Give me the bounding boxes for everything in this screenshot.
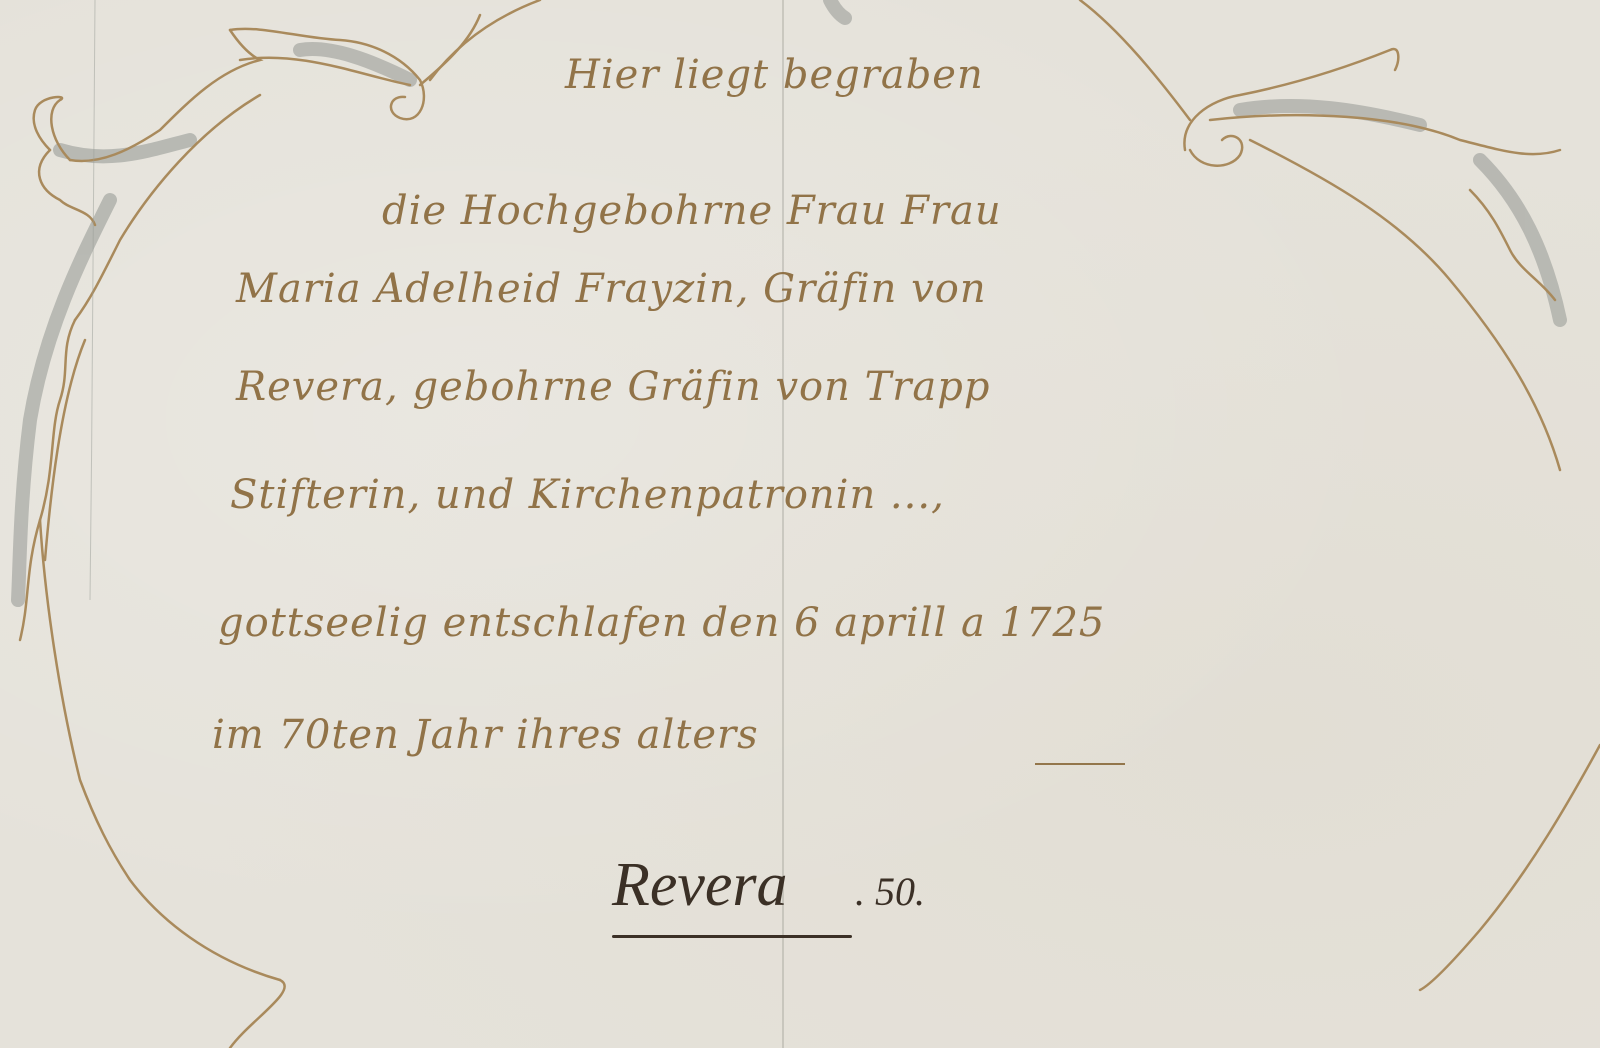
inscription-line-1: Hier liegt begraben <box>565 52 984 98</box>
line-end-flourish <box>1035 763 1125 765</box>
inscription-line-2: die Hochgebohrne Frau Frau <box>382 188 1002 234</box>
inscription-line-3: Maria Adelheid Frayzin, Gräfin von <box>236 266 987 312</box>
signature-underline <box>612 935 852 938</box>
inscription-line-6: gottseelig entschlafen den 6 aprill a 17… <box>218 600 1105 646</box>
inscription-line-7: im 70ten Jahr ihres alters <box>212 712 759 758</box>
inscription-line-5: Stifterin, und Kirchenpatronin ..., <box>230 472 945 518</box>
signature-name: Revera <box>612 850 788 921</box>
inscription-line-4: Revera, gebohrne Gräfin von Trapp <box>236 364 990 410</box>
cartouche-frame-drawing <box>0 0 1600 1048</box>
signature-number: . 50. <box>855 868 925 915</box>
